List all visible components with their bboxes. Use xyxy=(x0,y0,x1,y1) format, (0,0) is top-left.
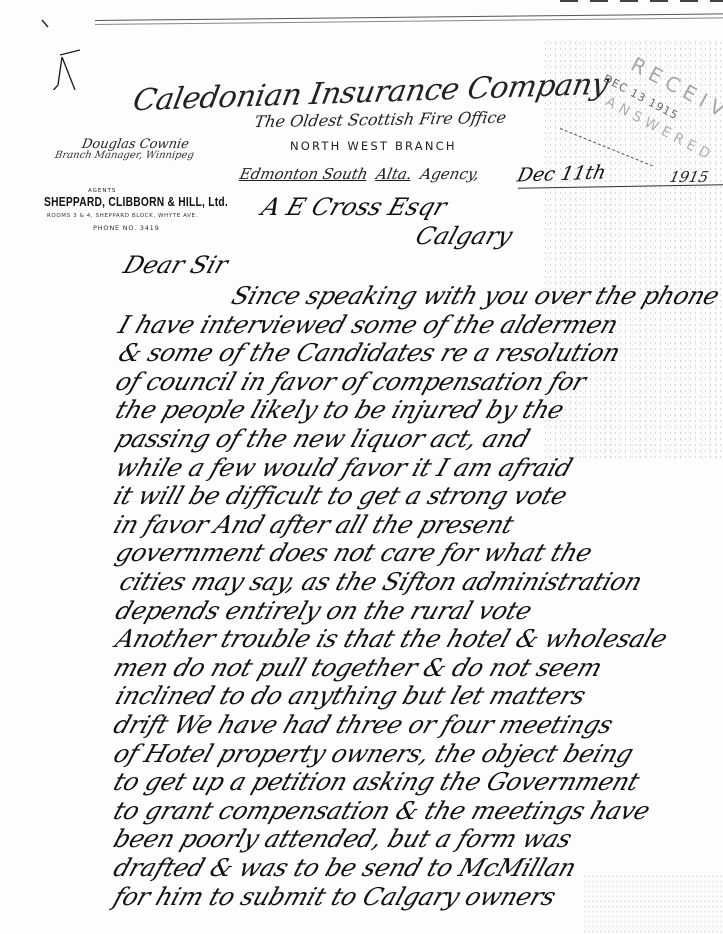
top-edge-marks xyxy=(560,0,723,2)
place-province: Alta. xyxy=(374,165,413,183)
body-line: to grant compensation & the meetings hav… xyxy=(110,796,654,825)
body-line: been poorly attended, but a form was xyxy=(110,824,575,853)
body-line: Since speaking with you over the phone xyxy=(228,281,723,310)
agents-name: SHEPPARD, CLIBBORN & HILL, Ltd. xyxy=(44,195,228,209)
manager-title: Branch Manager, Winnipeg xyxy=(54,150,195,161)
addressee: A E Cross Esqr xyxy=(258,193,450,221)
place-line: Edmonton South Alta. Agency, xyxy=(238,165,481,183)
corner-fold-mark-icon xyxy=(40,15,90,90)
body-line: of Hotel property owners, the object bei… xyxy=(110,739,637,768)
body-line: of council in favor of compensation for xyxy=(112,367,590,396)
agents-label: AGENTS xyxy=(88,188,116,194)
agents-phone: PHONE NO. 3419 xyxy=(93,224,160,232)
place-agency: Agency, xyxy=(419,165,481,183)
body-line: it will be difficult to get a strong vot… xyxy=(110,481,571,510)
body-line: while a few would favor it I am afraid xyxy=(112,453,576,482)
body-line: drafted & was to be send to McMillan xyxy=(110,853,580,882)
addressee-city: Calgary xyxy=(412,222,516,250)
body-line: depends entirely on the rural vote xyxy=(112,596,536,625)
body-line: passing of the new liquor act, and xyxy=(112,424,534,453)
place-city: Edmonton South xyxy=(238,165,369,183)
body-line: the people likely to be injured by the xyxy=(112,395,568,424)
body-line: drift We have had three or four meetings xyxy=(110,710,617,739)
company-tagline: The Oldest Scottish Fire Office xyxy=(253,108,508,131)
body-line: to get up a petition asking the Governme… xyxy=(110,767,643,796)
body-line: I have interviewed some of the aldermen xyxy=(115,310,622,339)
body-line: Another trouble is that the hotel & whol… xyxy=(112,624,671,653)
agents-address: ROOMS 3 & 4, SHEPPARD BLOCK, WHYTE AVE. xyxy=(47,213,198,219)
body-line: cities may say, as the Sifton administra… xyxy=(116,567,646,596)
body-line: in favor And after all the present xyxy=(110,510,517,539)
letter-page: Caledonian Insurance Company The Oldest … xyxy=(0,0,723,934)
body-line: government does not care for what the xyxy=(112,538,596,567)
body-line: inclined to do anything but let matters xyxy=(112,681,589,710)
salutation: Dear Sir xyxy=(120,251,232,279)
body-line: for him to submit to Calgary owners xyxy=(110,882,559,911)
branch-label: NORTH WEST BRANCH xyxy=(290,139,457,153)
scan-noise-bottom xyxy=(583,874,723,934)
top-border-rule xyxy=(95,13,723,25)
letter-date: Dec 11th xyxy=(515,161,608,186)
body-line: & some of the Candidates re a resolution xyxy=(115,338,624,367)
body-line: men do not pull together & do not seem xyxy=(110,653,606,682)
